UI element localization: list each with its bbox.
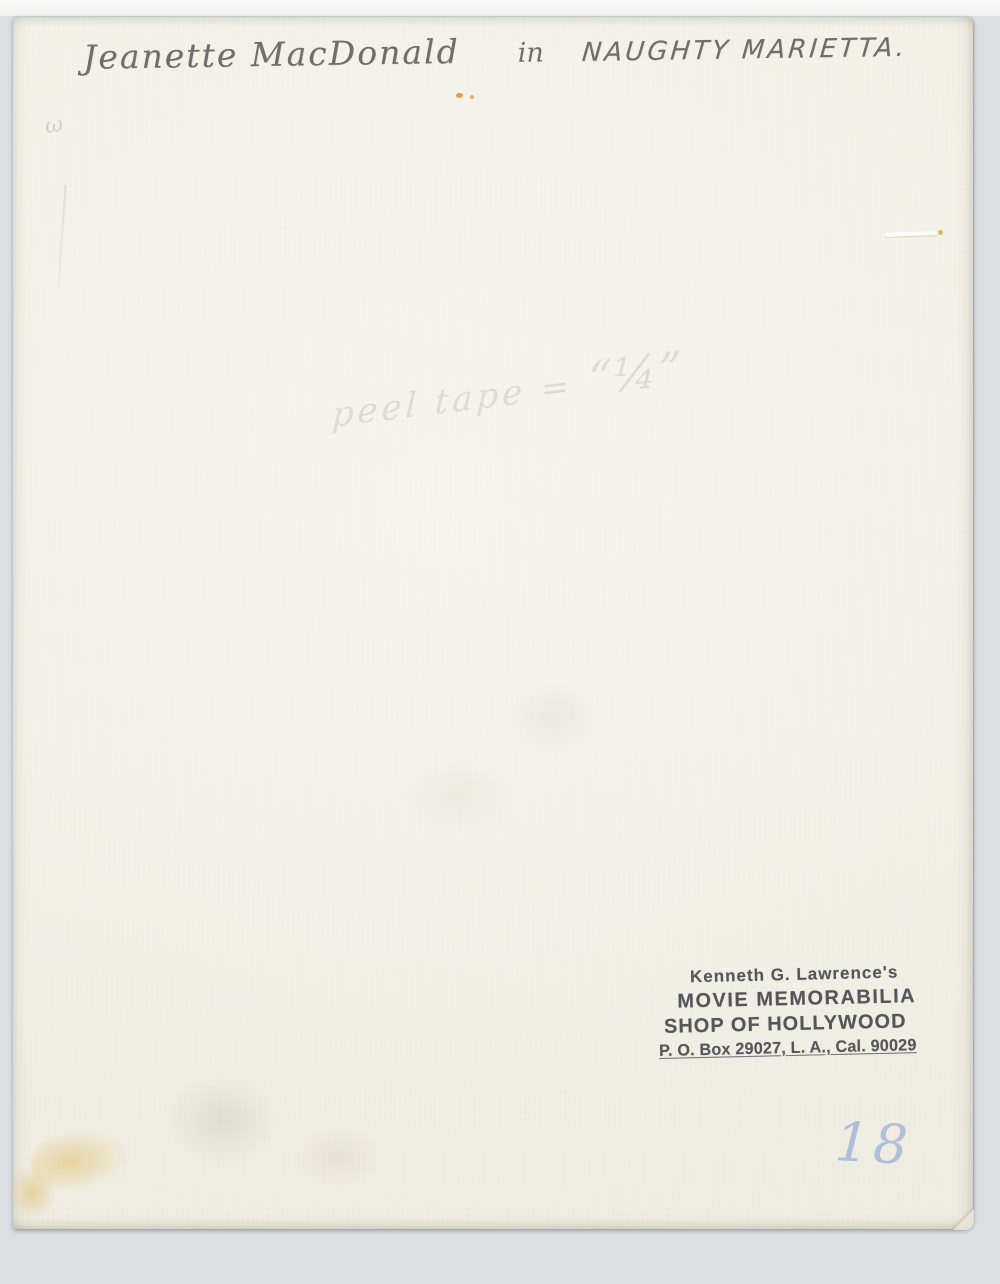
faint-note-text: peel tape = — [331, 366, 574, 436]
stamp-line-shop-location: SHOP OF HOLLYWOOD — [635, 1010, 935, 1040]
inventory-number: 18 — [833, 1110, 913, 1177]
caption-actor-name: Jeanette MacDonald — [83, 32, 460, 77]
handwritten-caption: Jeanette MacDonaldinNAUGHTY MARIETTA. — [83, 24, 944, 77]
faint-pencil-line — [57, 185, 66, 289]
scratch-mark — [885, 231, 937, 237]
faint-note-fraction: “¼” — [587, 340, 684, 406]
yellow-stain-large — [26, 1122, 134, 1197]
gray-smudge — [163, 1072, 283, 1167]
scanned-photo-back: Jeanette MacDonaldinNAUGHTY MARIETTA. pe… — [0, 0, 1000, 1284]
scanner-edge-strip — [0, 0, 1000, 16]
stamp-line-address: P. O. Box 29027, L. A., Cal. 90029 — [641, 1036, 935, 1062]
yellow-stain-small — [9, 1167, 55, 1219]
faint-pencil-scribble: ω — [43, 112, 65, 140]
orange-speck — [470, 95, 474, 99]
caption-connector: in — [517, 38, 544, 69]
stamp-line-owner: Kenneth G. Lawrence's — [644, 962, 944, 989]
center-smudge — [508, 682, 598, 752]
mid-smudge — [403, 762, 513, 832]
beige-smudge — [293, 1127, 383, 1187]
caption-film-title: NAUGHTY MARIETTA. — [580, 33, 908, 68]
scratch-orange-tip — [938, 230, 943, 235]
faint-pencil-note: peel tape = “¼” — [331, 340, 683, 438]
orange-speck — [456, 93, 463, 98]
dealer-rubber-stamp: Kenneth G. Lawrence's MOVIE MEMORABILIA … — [640, 962, 942, 1062]
photo-paper-verso: Jeanette MacDonaldinNAUGHTY MARIETTA. pe… — [13, 17, 973, 1229]
